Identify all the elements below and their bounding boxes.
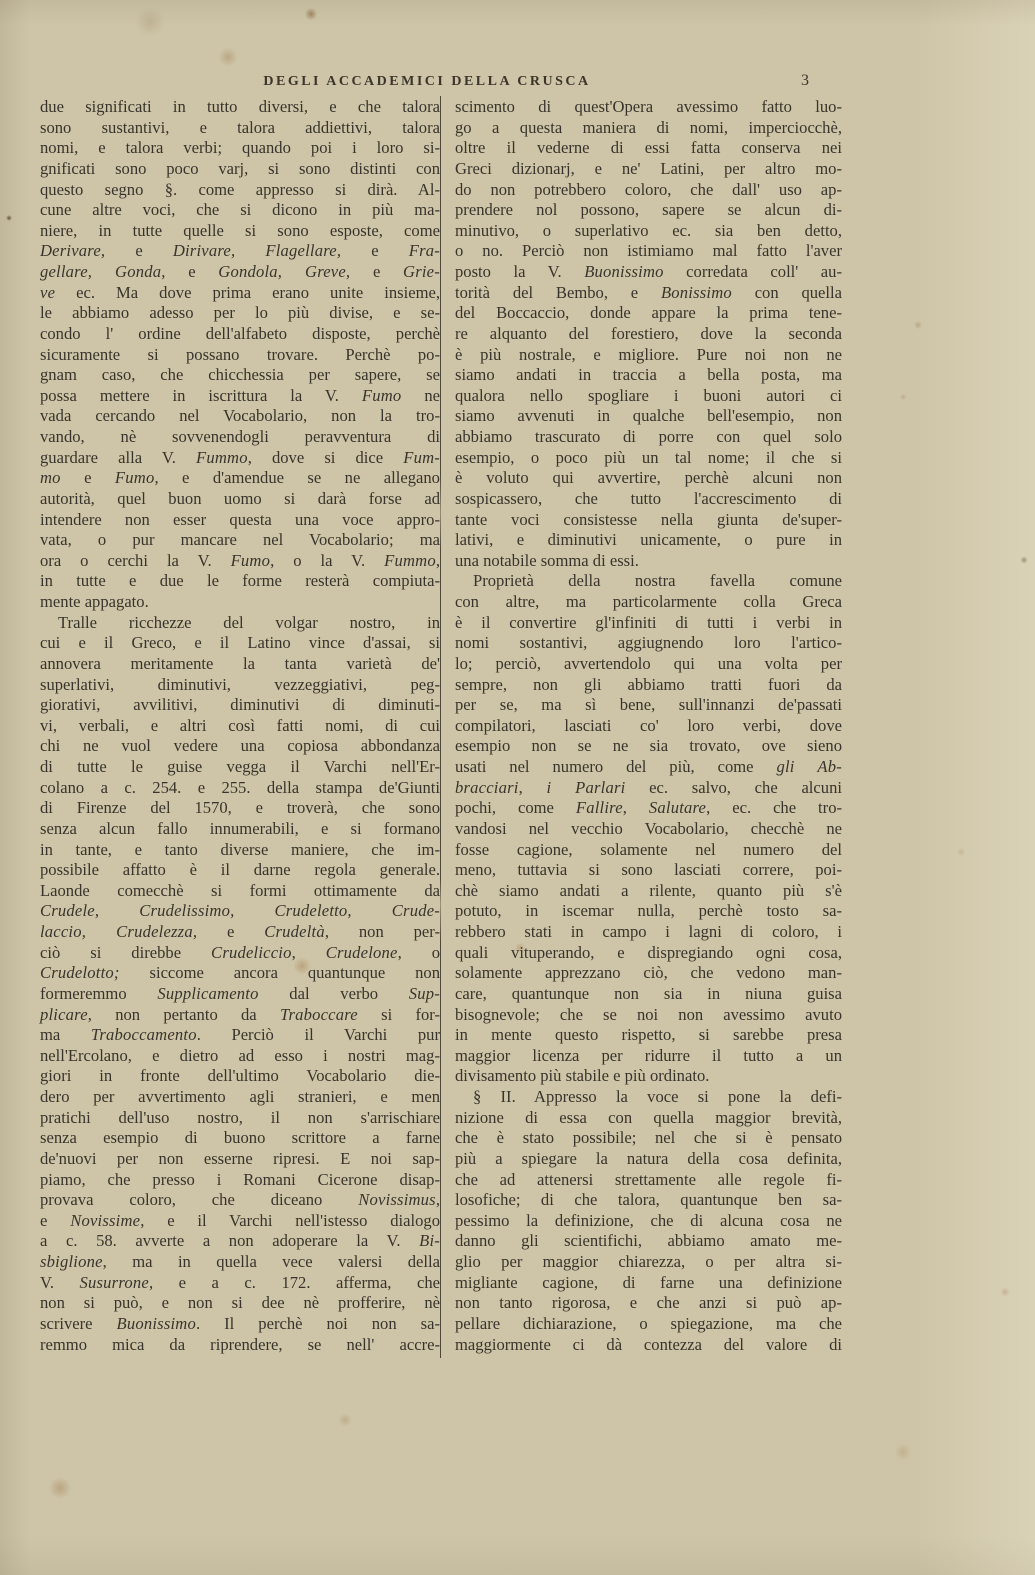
text-line: meno, tuttavia si sono lasciati correre,… (455, 860, 842, 881)
text-line: sempre, non gli abbiamo tratti fuori da (455, 675, 842, 696)
text-line: di Firenze del 1570, e troverà, che sono (40, 798, 440, 819)
text-line: danno gli scientifichi, abbiamo amato me… (455, 1231, 842, 1252)
text-line: siamo avvenuti in qualche bell'esempio, … (455, 406, 842, 427)
text-line: mo e Fumo, e d'amendue se ne allegano (40, 468, 440, 489)
text-line: fosse cagione, solamente nel numero del (455, 840, 842, 861)
text-line: qualora nello spogliare i buoni autori c… (455, 386, 842, 407)
text-line: compilatori, lasciati co' loro verbi, do… (455, 716, 842, 737)
text-line: due significati in tutto diversi, e che … (40, 97, 440, 118)
text-line: rebbero stati in campo i lagni di coloro… (455, 922, 842, 943)
text-line: Tralle ricchezze del volgar nostro, in (40, 613, 440, 634)
text-line: non tanto rigorosa, e che anzi si può ap… (455, 1293, 842, 1314)
text-line: lativi, e diminutivi unicamente, o pure … (455, 530, 842, 551)
text-line: do non potrebbero coloro, che dall' uso … (455, 180, 842, 201)
text-line: care, quantunque non sia in niuna guisa (455, 984, 842, 1005)
text-line: cui e il Greco, e il Latino vince d'assa… (40, 633, 440, 654)
text-line: sicuramente si possano trovare. Perchè p… (40, 345, 440, 366)
text-line: nell'Ercolano, e dietro ad esso i nostri… (40, 1046, 440, 1067)
text-line: giorativi, avvilitivi, diminutivi di dim… (40, 695, 440, 716)
text-line: senza alcun fallo innumerabili, e si for… (40, 819, 440, 840)
column-divider-rule (440, 96, 441, 1358)
text-line: è più nostrale, e migliore. Pure noi non… (455, 345, 842, 366)
text-line: possa mettere in iscrittura la V. Fumo n… (40, 386, 440, 407)
text-line: o no. Perciò non istimiamo mal fatto l'a… (455, 241, 842, 262)
text-line: niere, in tutte quelle si sono esposte, … (40, 221, 440, 242)
text-line: maggior licenza per ridurre il tutto a u… (455, 1046, 842, 1067)
text-line: solamente apprezzano ciò, che vedono man… (455, 963, 842, 984)
text-line: potuto, in iscemar nulla, perchè tosto s… (455, 901, 842, 922)
page-number: 3 (801, 72, 809, 90)
text-line: abbiamo trascurato di porre con quel sol… (455, 427, 842, 448)
text-line: lo; perciò, avvertendolo qui una volta p… (455, 654, 842, 675)
text-line: autorità, quel buon uomo si darà forse a… (40, 489, 440, 510)
text-line: di tutte le guise vegga il Varchi nell'E… (40, 757, 440, 778)
text-line: re alquanto del forestiero, dove la seco… (455, 324, 842, 345)
text-line: sono sustantivi, e talora addiettivi, ta… (40, 118, 440, 139)
text-line: mente appagato. (40, 592, 440, 613)
text-column-left: due significati in tutto diversi, e che … (40, 97, 440, 1355)
text-line: giori in fronte dell'ultimo Vocabolario … (40, 1066, 440, 1087)
text-line: più a spiegare la natura della cosa defi… (455, 1149, 842, 1170)
text-line: torità del Bembo, e Bonissimo con quella (455, 283, 842, 304)
text-line: che è stato possibile; nel che si è pens… (455, 1128, 842, 1149)
text-line: piamo, che presso i Romani Cicerone disa… (40, 1170, 440, 1191)
text-line: ma Traboccamento. Perciò il Varchi pur (40, 1025, 440, 1046)
text-line: pratichi dell'uso nostro, il non s'arris… (40, 1108, 440, 1129)
text-line: vada cercando nel Vocabolario, non la tr… (40, 406, 440, 427)
text-line: scrivere Buonissimo. Il perchè noi non s… (40, 1314, 440, 1335)
text-line: Crudele, Crudelissimo, Crudeletto, Crude… (40, 901, 440, 922)
text-line: in mente questo rispetto, si sarebbe pre… (455, 1025, 842, 1046)
text-line: condo l' ordine dell'alfabeto disposte, … (40, 324, 440, 345)
text-line: Laonde comecchè si formi ottimamente da (40, 881, 440, 902)
text-line: de'nuovi per non esserne ripresi. E noi … (40, 1149, 440, 1170)
text-line: gnificati sono poco varj, si sono distin… (40, 159, 440, 180)
text-line: glio per maggior chiarezza, o per altra … (455, 1252, 842, 1273)
text-line: esempio, o poco più un tal nome; il che … (455, 448, 842, 469)
text-line: chè siamo andati a rilente, quanto più s… (455, 881, 842, 902)
text-line: losofiche; di che talora, quantunque ben… (455, 1190, 842, 1211)
text-line: oltre il vederne di essi fatta conserva … (455, 138, 842, 159)
text-line: posto la V. Buonissimo corredata coll' a… (455, 262, 842, 283)
text-line: nomi sostantivi, aggiugnendo loro l'arti… (455, 633, 842, 654)
text-line: divisamento più stabile e più ordinato. (455, 1066, 842, 1087)
text-line: ora o cerchi la V. Fumo, o la V. Fummo, (40, 551, 440, 572)
text-line: ve ec. Ma dove prima erano unite insieme… (40, 283, 440, 304)
text-line: Crudelotto; siccome ancora quantunque no… (40, 963, 440, 984)
text-column-right: scimento di quest'Opera avessimo fatto l… (455, 97, 842, 1355)
text-line: maggiormente ci dà contezza del valore d… (455, 1335, 842, 1356)
text-line: in tutte e due le forme resterà compiuta… (40, 571, 440, 592)
text-line: pellare dichiarazione, o spiegazione, ma… (455, 1314, 842, 1335)
text-line: migliante cagione, di farne una definizi… (455, 1273, 842, 1294)
text-line: pessimo la definizione, che di alcuna co… (455, 1211, 842, 1232)
running-header: DEGLI ACCADEMICI DELLA CRUSCA (263, 74, 590, 90)
text-line: minutivo, o superlativo ec. sia ben dett… (455, 221, 842, 242)
text-line: provava coloro, che diceano Novissimus, (40, 1190, 440, 1211)
text-line: vi, verbali, e altri così fatti nomi, di… (40, 716, 440, 737)
text-line: non si può, e non si dee nè profferire, … (40, 1293, 440, 1314)
text-line: usati nel numero del più, come gli Ab- (455, 757, 842, 778)
text-line: con altre, ma particolarmente colla Grec… (455, 592, 842, 613)
text-line: a c. 58. avverte a non adoperare la V. B… (40, 1231, 440, 1252)
text-line: esempio non se ne sia trovato, ove sieno (455, 736, 842, 757)
text-line: e Novissime, e il Varchi nell'istesso di… (40, 1211, 440, 1232)
text-line: che ad attenersi strettamente alle regol… (455, 1170, 842, 1191)
text-line: chi ne vuol vedere una copiosa abbondanz… (40, 736, 440, 757)
text-line: una notabile somma di essi. (455, 551, 842, 572)
text-line: le abbiamo adesso per lo più divise, e s… (40, 303, 440, 324)
text-line: prendere nol possono, sapere se alcun di… (455, 200, 842, 221)
text-line: senza esempio di buono scrittore a farne (40, 1128, 440, 1149)
text-line: è voluto qui avvertire, perchè alcuni no… (455, 468, 842, 489)
text-line: nizione di essa con quella maggior brevi… (455, 1108, 842, 1129)
text-line: vandosi nel vecchio Vocabolario, checchè… (455, 819, 842, 840)
text-line: annovera meritamente la tanta varietà de… (40, 654, 440, 675)
text-line: remmo mica da riprendere, se nell' accre… (40, 1335, 440, 1356)
text-line: Greci dizionarj, e ne' Latini, per altro… (455, 159, 842, 180)
text-line: § II. Appresso la voce si pone la defi- (455, 1087, 842, 1108)
text-line: sbiglione, ma in quella vece valersi del… (40, 1252, 440, 1273)
text-line: Proprietà della nostra favella comune (455, 571, 842, 592)
text-line: colano a c. 254. e 255. della stampa de'… (40, 778, 440, 799)
text-line: questo segno §. come appresso si dirà. A… (40, 180, 440, 201)
text-line: bracciari, i Parlari ec. salvo, che alcu… (455, 778, 842, 799)
text-line: siamo andati in traccia a bella posta, m… (455, 365, 842, 386)
text-line: in tante, e tanto diverse maniere, che i… (40, 840, 440, 861)
text-line: go a questa maniera di nomi, imperciocch… (455, 118, 842, 139)
text-line: bisognevole; che se noi non avessimo avu… (455, 1005, 842, 1026)
text-line: sospicassero, che tutto l'accrescimento … (455, 489, 842, 510)
text-line: nomi, e talora verbi; quando poi i loro … (40, 138, 440, 159)
text-line: per se, ma sì bene, sull'innanzi de'pass… (455, 695, 842, 716)
text-line: guardare alla V. Fummo, dove si dice Fum… (40, 448, 440, 469)
text-line: dero per avvertimento agli stranieri, e … (40, 1087, 440, 1108)
text-line: intendere non esser questa una voce appr… (40, 510, 440, 531)
text-line: gnam caso, che chicchessia per sapere, s… (40, 365, 440, 386)
text-line: quali vituperando, e dispregiando ogni c… (455, 943, 842, 964)
text-line: laccio, Crudelezza, e Crudeltà, non per- (40, 922, 440, 943)
text-line: possibile affatto è il darne regola gene… (40, 860, 440, 881)
text-line: formeremmo Supplicamento dal verbo Sup- (40, 984, 440, 1005)
text-line: del Boccaccio, donde appare la prima ten… (455, 303, 842, 324)
text-line: plicare, non pertanto da Traboccare si f… (40, 1005, 440, 1026)
text-line: pochi, come Fallire, Salutare, ec. che t… (455, 798, 842, 819)
text-line: tante voci consistesse nella giunta de's… (455, 510, 842, 531)
text-line: superlativi, diminutivi, vezzeggiativi, … (40, 675, 440, 696)
text-line: è il convertire gl'infiniti di tutti i v… (455, 613, 842, 634)
text-line: vando, nè sovvenendogli peravventura di (40, 427, 440, 448)
text-line: vata, o pur mancare nel Vocabolario; ma (40, 530, 440, 551)
text-line: scimento di quest'Opera avessimo fatto l… (455, 97, 842, 118)
text-line: ciò si direbbe Crudeliccio, Crudelone, o (40, 943, 440, 964)
book-page: DEGLI ACCADEMICI DELLA CRUSCA 3 due sign… (0, 0, 1035, 1575)
text-line: V. Susurrone, e a c. 172. afferma, che (40, 1273, 440, 1294)
text-line: gellare, Gonda, e Gondola, Greve, e Grie… (40, 262, 440, 283)
text-line: Derivare, e Dirivare, Flagellare, e Fra- (40, 241, 440, 262)
text-line: cune altre voci, che si dicono in più ma… (40, 200, 440, 221)
